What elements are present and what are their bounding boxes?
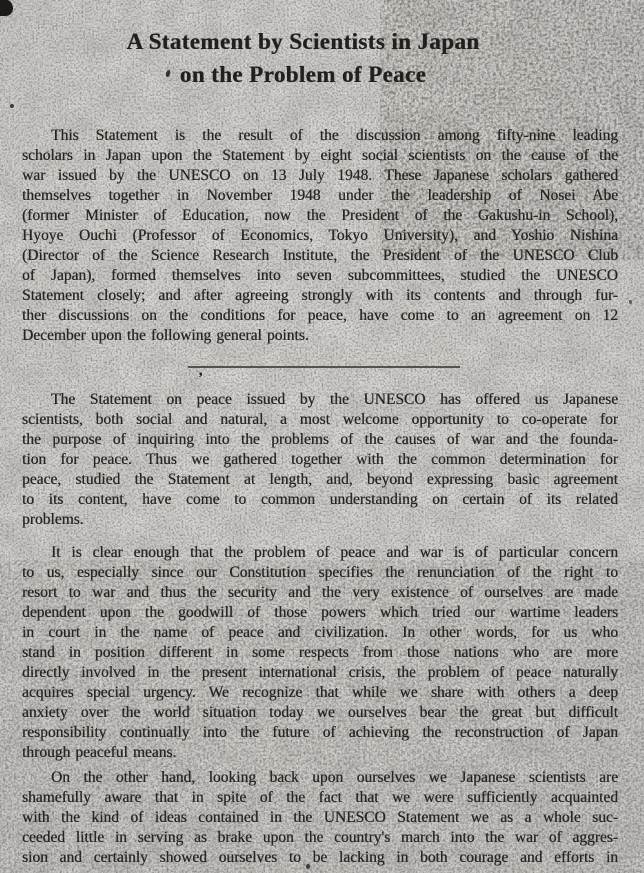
text-line: war issued by the UNESCO on 13 July 1948… bbox=[22, 166, 618, 186]
divider-apostrophe-mark: ‚ bbox=[198, 362, 203, 380]
text-line: acquires special urgency. We recognize t… bbox=[22, 683, 618, 703]
paragraph-3: It is clear enough that the problem of p… bbox=[22, 543, 618, 763]
scan-artifact-dot bbox=[629, 300, 632, 304]
document-title: A Statement by Scientists in Japan on th… bbox=[0, 0, 625, 91]
text-line: scholars in Japan upon the Statement by … bbox=[22, 146, 618, 166]
divider-rule bbox=[188, 366, 460, 368]
text-line: tion for peace. Thus we gathered togethe… bbox=[22, 450, 618, 470]
text-line: It is clear enough that the problem of p… bbox=[22, 543, 618, 563]
text-line: resort to war and thus the security and … bbox=[22, 583, 618, 603]
text-line: shamefully aware that in spite of the fa… bbox=[22, 788, 618, 808]
text-line: Statement closely; and after agreeing st… bbox=[22, 286, 618, 306]
text-line: (former Minister of Education, now the P… bbox=[22, 206, 618, 226]
paragraph-2: The Statement on peace issued by the UNE… bbox=[22, 390, 618, 530]
text-line: problems. bbox=[22, 510, 618, 530]
text-line: in court in the name of peace and civili… bbox=[22, 623, 618, 643]
text-line: with the kind of ideas contained in the … bbox=[22, 808, 618, 828]
title-line-1: A Statement by Scientists in Japan bbox=[0, 25, 625, 58]
scan-artifact-dot bbox=[10, 104, 14, 108]
text-line: of Japan), formed themselves into seven … bbox=[22, 266, 618, 286]
text-line: responsibility continually into the futu… bbox=[22, 723, 618, 743]
text-line: ther discussions on the conditions for p… bbox=[22, 306, 618, 326]
text-line: scientists, both social and natural, a m… bbox=[22, 410, 618, 430]
text-line: (Director of the Science Research Instit… bbox=[22, 246, 618, 266]
text-line: anxiety over the world situation today w… bbox=[22, 703, 618, 723]
paragraph-4: On the other hand, looking back upon our… bbox=[22, 768, 618, 868]
text-line: the purpose of inquiring into the proble… bbox=[22, 430, 618, 450]
text-line: The Statement on peace issued by the UNE… bbox=[22, 390, 618, 410]
text-line: Hyoye Ouchi (Professor of Economics, Tok… bbox=[22, 226, 618, 246]
text-line: to its content, have come to common unde… bbox=[22, 490, 618, 510]
document-body: This Statement is the result of the disc… bbox=[22, 126, 618, 868]
paragraph-1: This Statement is the result of the disc… bbox=[22, 126, 618, 346]
section-divider: ‚ bbox=[22, 366, 618, 390]
title-line-2: on the Problem of Peace bbox=[0, 58, 625, 91]
text-line: directly involved in the present interna… bbox=[22, 663, 618, 683]
text-line: ceeded little in serving as brake upon t… bbox=[22, 828, 618, 848]
text-line: On the other hand, looking back upon our… bbox=[22, 768, 618, 788]
text-line: peace, studied the Statement at length, … bbox=[22, 470, 618, 490]
text-line: dependent upon the goodwill of those pow… bbox=[22, 603, 618, 623]
text-line: to us, especially since our Constitution… bbox=[22, 563, 618, 583]
text-line: December upon the following general poin… bbox=[22, 326, 618, 346]
text-line: This Statement is the result of the disc… bbox=[22, 126, 618, 146]
text-line: themselves together in November 1948 und… bbox=[22, 186, 618, 206]
text-line: through peaceful means. bbox=[22, 743, 618, 763]
document-page: A Statement by Scientists in Japan on th… bbox=[0, 0, 644, 873]
text-line: stand in position different in some resp… bbox=[22, 643, 618, 663]
text-line: sion and certainly showed ourselves to b… bbox=[22, 848, 618, 868]
